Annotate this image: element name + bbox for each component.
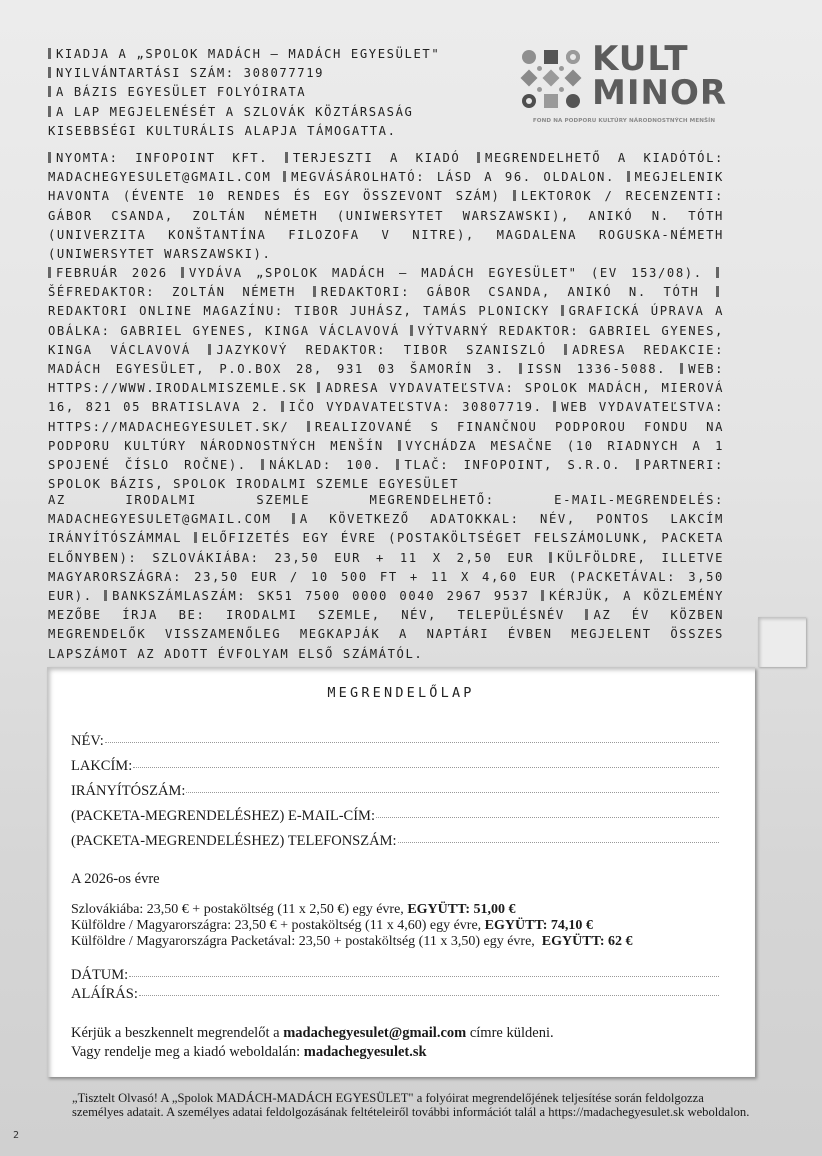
bullet-bar — [285, 152, 288, 163]
bullet-bar — [281, 401, 284, 412]
price-abroad: Külföldre / Magyarországra: 23,50 € + po… — [71, 918, 593, 934]
info-segment: NÁKLAD: 100. — [269, 458, 396, 472]
privacy-notice: „Tisztelt Olvasó! A „Spolok MADÁCH-MADÁC… — [72, 1091, 752, 1119]
subscription-info: AZ IRODALMI SZEMLE MEGRENDELHETŐ: E-MAIL… — [48, 491, 724, 664]
name-line[interactable] — [105, 742, 719, 743]
email-field[interactable]: (PACKETA-MEGRENDELÉSHEZ) E-MAIL-CÍM: — [71, 808, 719, 825]
price-slovakia: Szlovákiába: 23,50 € + postaköltség (11 … — [71, 902, 516, 918]
bullet-bar — [513, 190, 516, 201]
bullet-bar — [194, 532, 197, 543]
logo-mark-icon — [522, 50, 582, 110]
form-title: MEGRENDELŐLAP — [47, 685, 755, 701]
date-label: DÁTUM: — [71, 967, 128, 984]
bullet-bar — [48, 48, 51, 59]
info-segment: REDAKTORI ONLINE MAGAZÍNU: TIBOR JUHÁSZ,… — [48, 304, 561, 318]
bullet-bar — [48, 86, 51, 97]
bullet-bar — [208, 344, 211, 355]
kult-minor-logo: KULT MINOR FOND NA PODPORU KULTÚRY NÁROD… — [518, 48, 730, 128]
bullet-bar — [48, 67, 51, 78]
page-number: 2 — [13, 1130, 19, 1141]
date-line[interactable] — [129, 976, 719, 977]
order-form: MEGRENDELŐLAP NÉV: LAKCÍM: IRÁNYÍTÓSZÁM:… — [47, 667, 755, 1077]
logo-word-minor: MINOR — [592, 76, 727, 110]
info-segment: TLAČ: INFOPOINT, S.R.O. — [404, 458, 635, 472]
printing-info: NYOMTA: INFOPOINT KFT. TERJESZTI A KIADÓ… — [48, 149, 724, 264]
send-instruction: Kérjük a beszkennelt megrendelőt a madac… — [71, 1025, 554, 1042]
signature-label: ALÁÍRÁS: — [71, 986, 138, 1003]
bullet-bar — [283, 171, 286, 182]
price-packeta: Külföldre / Magyarországra Packetával: 2… — [71, 934, 633, 950]
bullet-bar — [292, 513, 295, 524]
bullet-bar — [396, 459, 399, 470]
info-segment: JAZYKOVÝ REDAKTOR: TIBOR SZANISZLÓ — [216, 343, 564, 357]
page-tab-decoration — [758, 617, 806, 667]
logo-word-kult: KULT — [592, 42, 689, 76]
imprint-line: KISEBBSÉGI KULTURÁLIS ALAPJA TÁMOGATTA. — [48, 122, 518, 141]
bullet-bar — [48, 152, 51, 163]
bullet-bar — [261, 459, 264, 470]
phone-field[interactable]: (PACKETA-MEGRENDELÉSHEZ) TELEFONSZÁM: — [71, 833, 719, 850]
address-field[interactable]: LAKCÍM: — [71, 758, 719, 775]
bullet-bar — [104, 590, 107, 601]
bullet-bar — [680, 363, 683, 374]
zip-line[interactable] — [186, 792, 719, 793]
signature-line[interactable] — [139, 995, 719, 996]
imprint-line: NYILVÁNTARTÁSI SZÁM: 308077719 — [48, 64, 518, 83]
bullet-bar — [716, 267, 719, 278]
bullet-bar — [561, 305, 564, 316]
bullet-bar — [553, 401, 556, 412]
bullet-bar — [181, 267, 184, 278]
web-instruction: Vagy rendelje meg a kiadó weboldalán: ma… — [71, 1044, 427, 1061]
web-link[interactable]: madachegyesulet.sk — [304, 1044, 427, 1060]
imprint-line: A BÁZIS EGYESÜLET FOLYÓIRATA — [48, 83, 518, 102]
info-segment: NYOMTA: INFOPOINT KFT. — [56, 151, 285, 165]
credits-block: FEBRUÁR 2026 VYDÁVA „SPOLOK MADÁCH – MAD… — [48, 264, 724, 494]
info-segment: VYDÁVA „SPOLOK MADÁCH – MADÁCH EGYESÜLET… — [189, 266, 716, 280]
bullet-bar — [313, 286, 316, 297]
bullet-bar — [48, 267, 51, 278]
bullet-bar — [564, 344, 567, 355]
bullet-bar — [307, 421, 310, 432]
info-segment: IČO VYDAVATEĽSTVA: 30807719. — [289, 400, 554, 414]
logo-subtitle: FOND NA PODPORU KULTÚRY NÁRODNOSTNÝCH ME… — [518, 118, 730, 124]
info-segment: ŠÉFREDAKTOR: ZOLTÁN NÉMETH — [48, 285, 313, 299]
info-segment: FEBRUÁR 2026 — [56, 266, 181, 280]
phone-line[interactable] — [398, 842, 720, 843]
info-segment: BANKSZÁMLASZÁM: SK51 7500 0000 0040 2967… — [112, 589, 541, 603]
bullet-bar — [398, 440, 401, 451]
bullet-bar — [627, 171, 630, 182]
bullet-bar — [410, 325, 413, 336]
zip-field[interactable]: IRÁNYÍTÓSZÁM: — [71, 783, 719, 800]
signature-field[interactable]: ALÁÍRÁS: — [71, 986, 719, 1003]
info-segment: ISSN 1336-5088. — [527, 362, 680, 376]
email-label: (PACKETA-MEGRENDELÉSHEZ) E-MAIL-CÍM: — [71, 808, 375, 825]
zip-label: IRÁNYÍTÓSZÁM: — [71, 783, 185, 800]
info-segment: REDAKTORI: GÁBOR CSANDA, ANIKÓ N. TÓTH — [321, 285, 716, 299]
imprint-line: A LAP MEGJELENÉSÉT A SZLOVÁK KÖZTÁRSASÁG — [48, 103, 518, 122]
info-segment: TERJESZTI A KIADÓ — [293, 151, 477, 165]
address-label: LAKCÍM: — [71, 758, 132, 775]
bullet-bar — [585, 609, 588, 620]
year-label: A 2026-os évre — [71, 871, 160, 888]
bullet-bar — [48, 106, 51, 117]
bullet-bar — [477, 152, 480, 163]
phone-label: (PACKETA-MEGRENDELÉSHEZ) TELEFONSZÁM: — [71, 833, 397, 850]
name-label: NÉV: — [71, 733, 104, 750]
bullet-bar — [549, 552, 552, 563]
bullet-bar — [541, 590, 544, 601]
bullet-bar — [317, 382, 320, 393]
bullet-bar — [636, 459, 639, 470]
bullet-bar — [716, 286, 719, 297]
address-line[interactable] — [133, 767, 719, 768]
bullet-bar — [519, 363, 522, 374]
imprint-line: KIADJA A „SPOLOK MADÁCH – MADÁCH EGYESÜL… — [48, 45, 518, 64]
email-line[interactable] — [376, 817, 719, 818]
send-email-link[interactable]: madachegyesulet@gmail.com — [283, 1025, 466, 1041]
date-field[interactable]: DÁTUM: — [71, 967, 719, 984]
name-field[interactable]: NÉV: — [71, 733, 719, 750]
info-segment: MEGVÁSÁROLHATÓ: LÁSD A 96. OLDALON. — [291, 170, 627, 184]
imprint-block: KIADJA A „SPOLOK MADÁCH – MADÁCH EGYESÜL… — [48, 45, 518, 141]
